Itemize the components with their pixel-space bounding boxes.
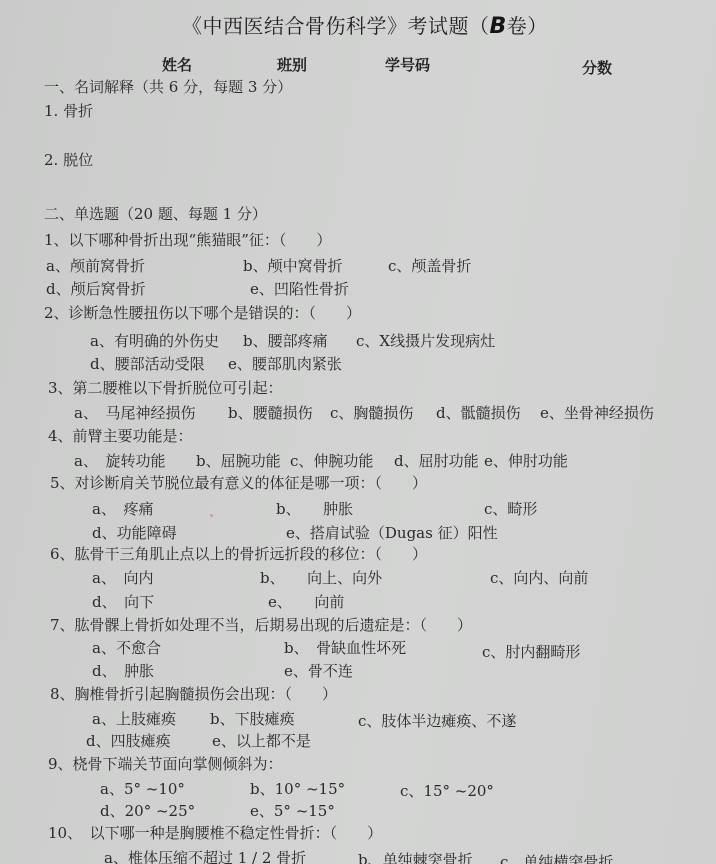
option: b、单纯棘突骨折 (358, 851, 473, 864)
title-prefix: 《中西医结合骨伤科学》考试题（ (182, 14, 490, 38)
term-item: 2. 脱位 (44, 151, 93, 169)
option: c、颅盖骨折 (388, 257, 471, 275)
option: a、 旋转功能 (74, 452, 165, 470)
option: c、单纯横突骨折 (500, 853, 613, 864)
option: c、肢体半边瘫痪、不遂 (358, 712, 516, 730)
option: c、畸形 (484, 500, 537, 518)
option: b、屈腕功能 (196, 452, 281, 470)
option: d、四肢瘫痪 (86, 732, 171, 750)
score-label: 分数 (582, 59, 612, 77)
option: e、骨不连 (284, 662, 353, 680)
section1-heading: 一、名词解释（共 6 分，每题 3 分） (44, 78, 292, 96)
option: a、上肢瘫痪 (92, 710, 176, 728)
question-8: 8、胸椎骨折引起胸髓损伤会出现：（ ） (50, 685, 337, 703)
option: d、 向下 (92, 593, 154, 611)
option: d、屈肘功能 (394, 452, 479, 470)
question-1: 1、以下哪种骨折出现“熊猫眼”征：（ ） (44, 231, 331, 249)
name-label: 姓名 (162, 56, 192, 74)
option: d、腰部活动受限 (90, 355, 205, 373)
option: c、X线摄片发现病灶 (356, 332, 495, 350)
option: c、胸髓损伤 (330, 404, 413, 422)
exam-title: 《中西医结合骨伤科学》考试题（B卷） (182, 13, 548, 40)
option: e、腰部肌肉紧张 (228, 355, 342, 373)
option: b、 骨缺血性坏死 (284, 639, 406, 657)
option: e、以上都不是 (212, 732, 311, 750)
option: b、 肿胀 (276, 500, 353, 518)
option: d、功能障碍 (92, 524, 177, 542)
option: b、颅中窝骨折 (243, 257, 343, 275)
title-suffix: 卷） (507, 14, 548, 38)
option: c、伸腕功能 (290, 452, 373, 470)
option: c、15° ~20° (400, 782, 494, 800)
option: e、 向前 (268, 593, 344, 611)
option: a、颅前窝骨折 (46, 257, 145, 275)
student-id-label: 学号码 (385, 56, 430, 74)
option: a、 疼痛 (92, 500, 153, 518)
question-9: 9、桡骨下端关节面向掌侧倾斜为： (48, 755, 283, 773)
option: a、 向内 (92, 569, 153, 587)
option: a、椎体压缩不超过 1 / 2 骨折 (104, 849, 306, 864)
option: d、骶髓损伤 (436, 404, 521, 422)
option: e、凹陷性骨折 (250, 280, 349, 298)
exam-paper: 《中西医结合骨伤科学》考试题（B卷） 姓名 班别 学号码 分数 一、名词解释（共… (0, 0, 716, 864)
option: e、5° ~15° (250, 802, 335, 820)
term-item: 1. 骨折 (44, 102, 93, 120)
section2-heading: 二、单选题（20 题、每题 1 分） (44, 205, 267, 223)
option: d、 肿胀 (92, 662, 154, 680)
option: a、不愈合 (92, 639, 161, 657)
question-4: 4、前臂主要功能是： (48, 427, 193, 445)
question-5: 5、对诊断肩关节脱位最有意义的体征是哪一项：（ ） (50, 474, 427, 492)
option: c、向内、向前 (490, 569, 588, 587)
option: d、20° ~25° (100, 802, 195, 820)
option: d、颅后窝骨折 (46, 280, 146, 298)
handwritten-mark: B (490, 14, 507, 39)
question-7: 7、肱骨髁上骨折如处理不当，后期易出现的后遗症是：（ ） (50, 616, 472, 634)
option: a、有明确的外伤史 (90, 332, 219, 350)
question-3: 3、第二腰椎以下骨折脱位可引起： (48, 379, 283, 397)
option: b、下肢瘫痪 (210, 710, 295, 728)
class-label: 班别 (277, 56, 307, 74)
question-10: 10、 以下哪一种是胸腰椎不稳定性骨折：（ ） (48, 824, 382, 842)
option: b、10° ~15° (250, 780, 345, 798)
option: b、腰髓损伤 (228, 404, 313, 422)
paper-speck (210, 514, 213, 517)
option: a、5° ~10° (100, 780, 185, 798)
option: c、肘内翻畸形 (482, 643, 580, 661)
question-2: 2、诊断急性腰扭伤以下哪个是错误的：（ ） (44, 304, 361, 322)
option: a、 马尾神经损伤 (74, 404, 195, 422)
option: e、搭肩试验（Dugas 征）阳性 (286, 524, 498, 542)
option: e、伸肘功能 (484, 452, 568, 470)
option: b、腰部疼痛 (243, 332, 328, 350)
question-6: 6、肱骨干三角肌止点以上的骨折远折段的移位：（ ） (50, 545, 427, 563)
option: e、坐骨神经损伤 (540, 404, 654, 422)
option: b、 向上、向外 (260, 569, 382, 587)
